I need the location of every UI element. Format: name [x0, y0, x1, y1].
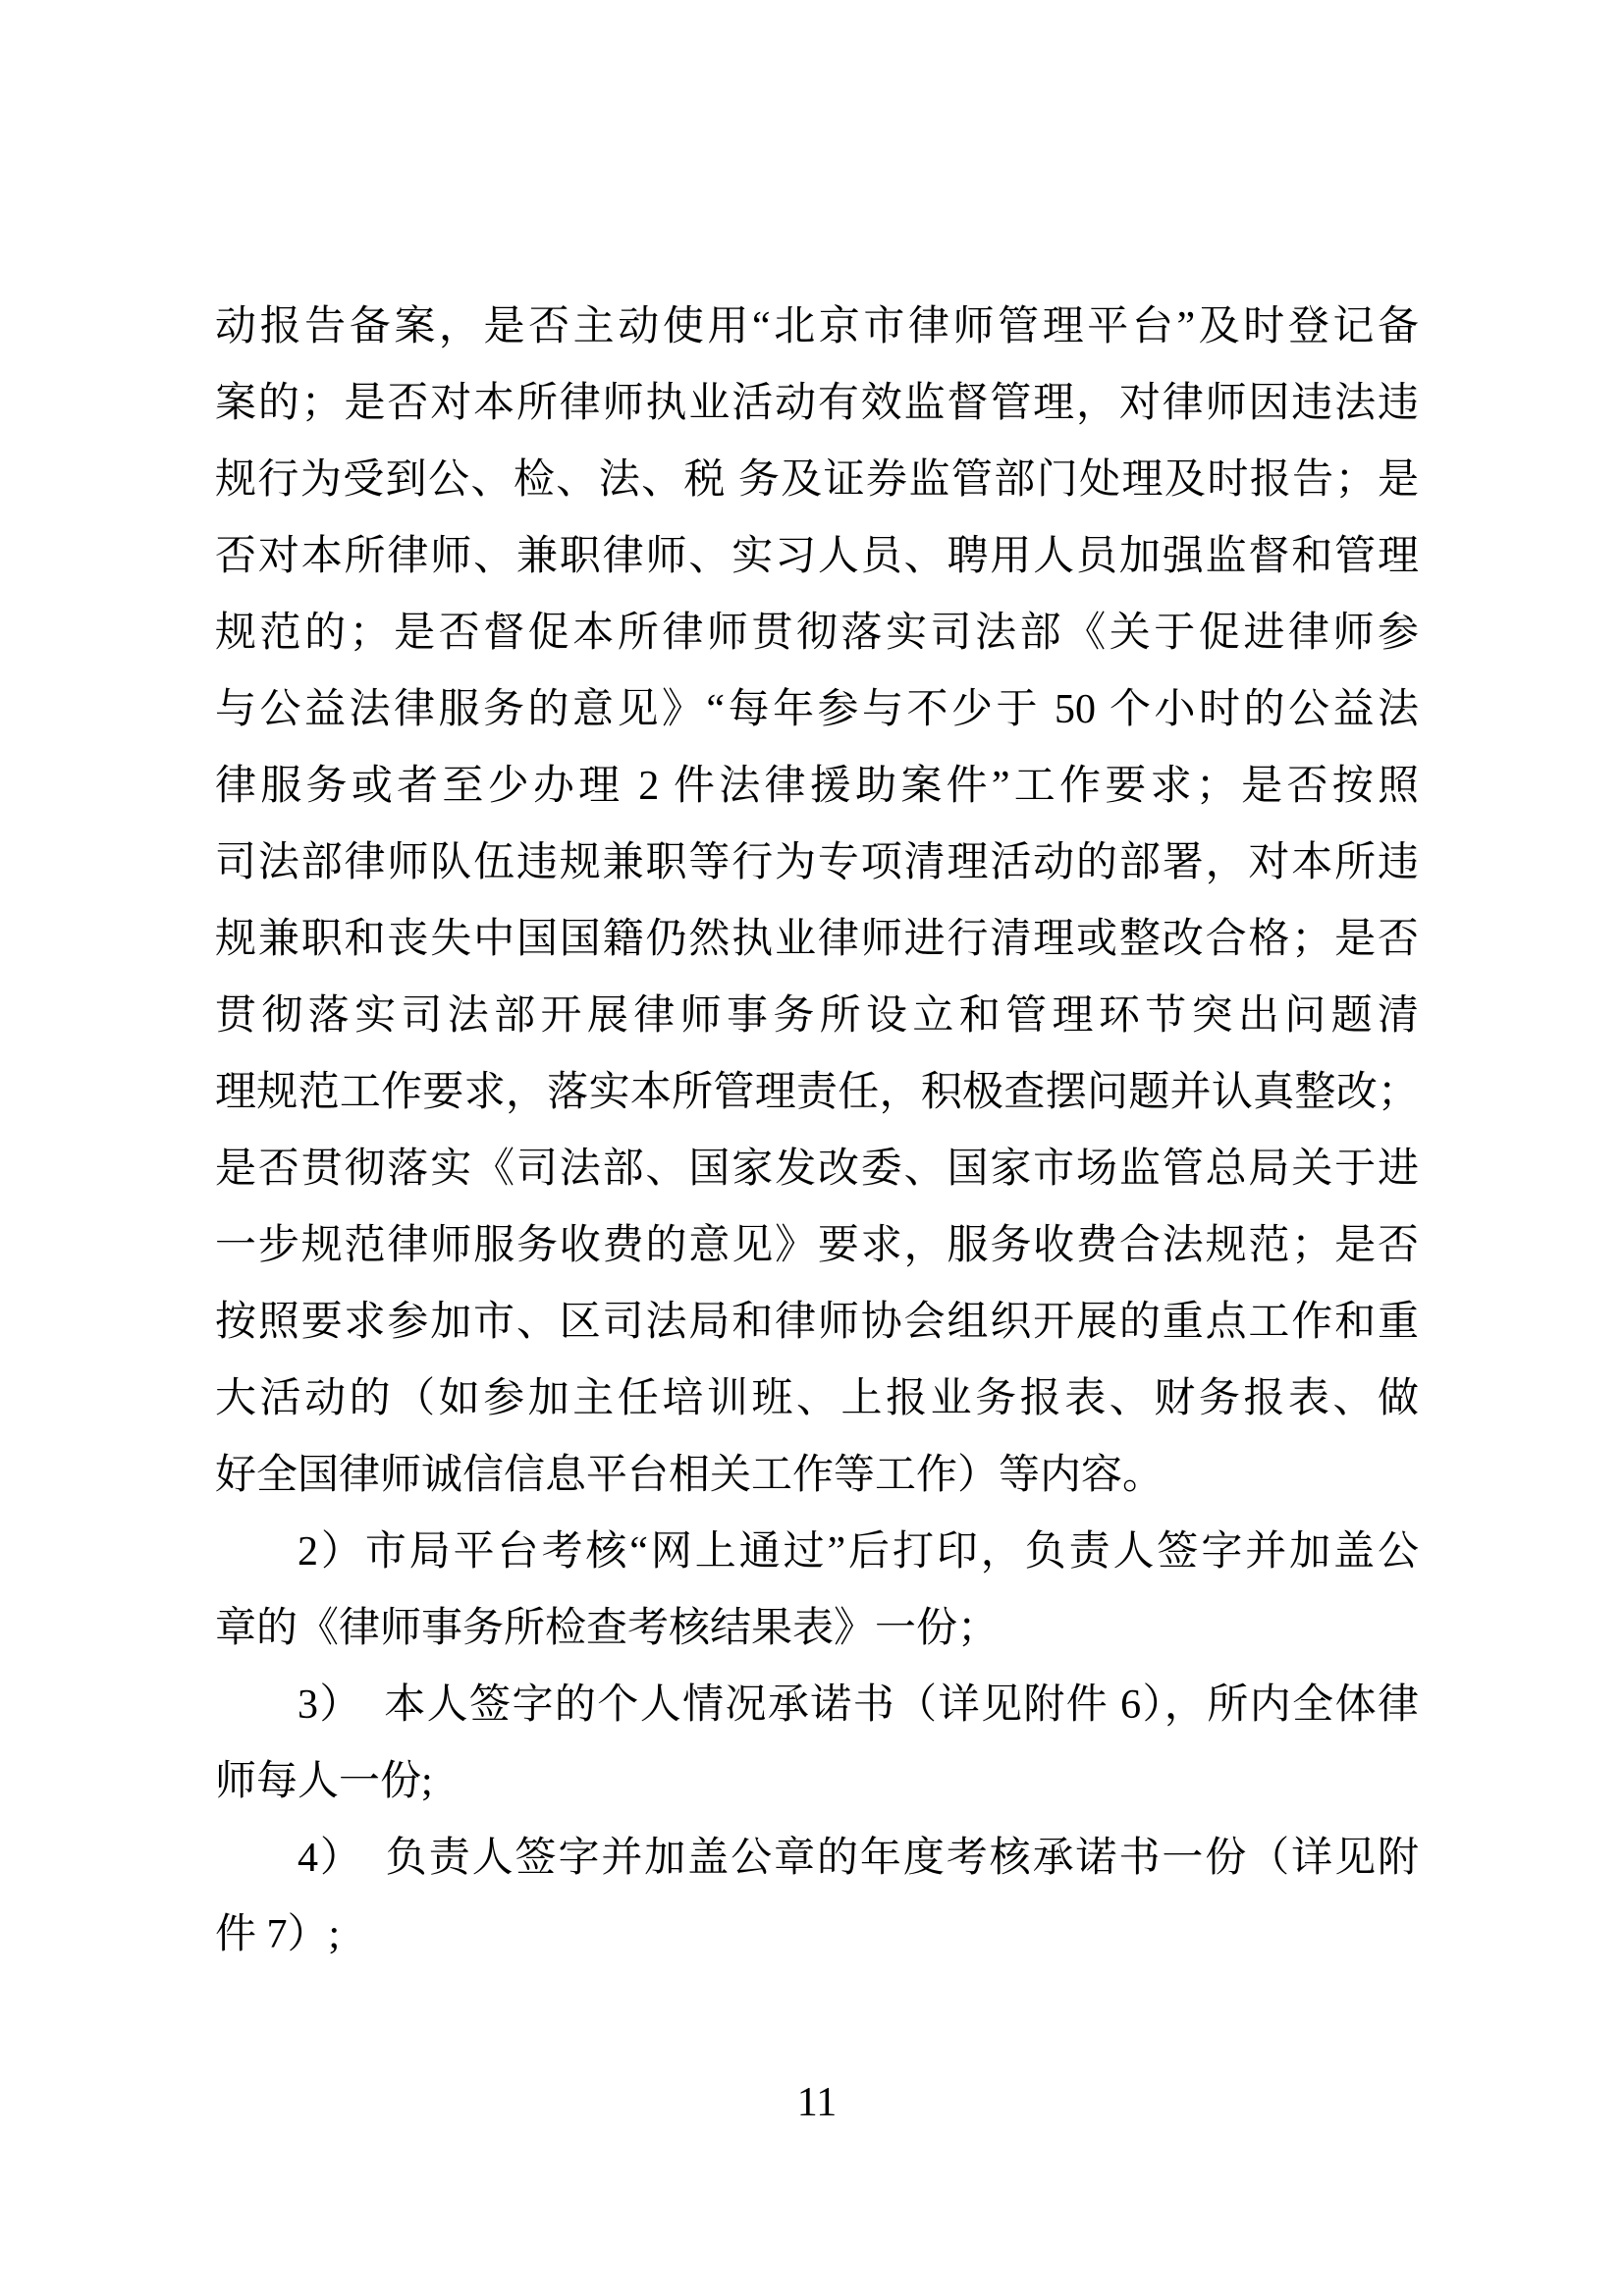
- text-line: 司法部律师队伍违规兼职等行为专项清理活动的部署，对本所违: [215, 825, 1419, 901]
- text-line: 2）市局平台考核“网上通过”后打印，负责人签字并加盖公: [215, 1514, 1419, 1590]
- text-line: 3） 本人签字的个人情况承诺书（详见附件 6），所内全体律: [215, 1667, 1419, 1743]
- page-footer: 11: [215, 2077, 1419, 2128]
- document-body: 动报告备案，是否主动使用“北京市律师管理平台”及时登记备案的；是否对本所律师执业…: [215, 289, 1419, 1973]
- document-page: 动报告备案，是否主动使用“北京市律师管理平台”及时登记备案的；是否对本所律师执业…: [0, 0, 1624, 2296]
- text-line: 件 7）;: [215, 1896, 1419, 1973]
- text-line: 与公益法律服务的意见》“每年参与不少于 50 个小时的公益法: [215, 671, 1419, 748]
- text-line: 律服务或者至少办理 2 件法律援助案件”工作要求；是否按照: [215, 748, 1419, 825]
- text-line: 理规范工作要求，落实本所管理责任，积极查摆问题并认真整改；: [215, 1054, 1419, 1131]
- text-line: 大活动的（如参加主任培训班、上报业务报表、财务报表、做: [215, 1361, 1419, 1437]
- text-line: 贯彻落实司法部开展律师事务所设立和管理环节突出问题清: [215, 978, 1419, 1054]
- text-line: 否对本所律师、兼职律师、实习人员、聘用人员加强监督和管理: [215, 518, 1419, 595]
- text-line: 按照要求参加市、区司法局和律师协会组织开展的重点工作和重: [215, 1284, 1419, 1361]
- text-line: 4） 负责人签字并加盖公章的年度考核承诺书一份（详见附: [215, 1820, 1419, 1896]
- text-line: 规兼职和丧失中国国籍仍然执业律师进行清理或整改合格；是否: [215, 901, 1419, 978]
- page-number: 11: [797, 2077, 837, 2128]
- text-line: 规行为受到公、检、法、税 务及证券监管部门处理及时报告；是: [215, 442, 1419, 518]
- text-line: 案的；是否对本所律师执业活动有效监督管理，对律师因违法违: [215, 365, 1419, 442]
- text-line: 师每人一份;: [215, 1743, 1419, 1820]
- text-line: 规范的；是否督促本所律师贯彻落实司法部《关于促进律师参: [215, 595, 1419, 671]
- text-line: 动报告备案，是否主动使用“北京市律师管理平台”及时登记备: [215, 289, 1419, 365]
- text-line: 是否贯彻落实《司法部、国家发改委、国家市场监管总局关于进: [215, 1131, 1419, 1207]
- text-line: 一步规范律师服务收费的意见》要求，服务收费合法规范；是否: [215, 1207, 1419, 1284]
- text-line: 好全国律师诚信信息平台相关工作等工作）等内容。: [215, 1437, 1419, 1514]
- text-line: 章的《律师事务所检查考核结果表》一份；: [215, 1590, 1419, 1667]
